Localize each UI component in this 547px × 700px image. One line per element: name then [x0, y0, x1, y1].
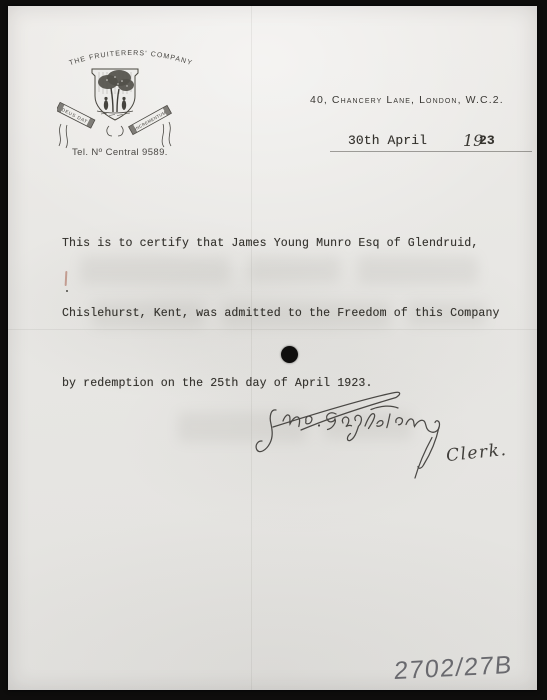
clerk-signature — [249, 389, 524, 484]
archive-reference: 2702/27B — [393, 651, 514, 686]
body-line-2: Chislehurst, Kent, was admitted to the F… — [62, 307, 500, 320]
letterhead-address: 40, Chancery Lane, London, W.C.2. — [310, 94, 504, 106]
date-underline — [330, 151, 532, 152]
punch-hole — [281, 346, 298, 363]
red-ink-speck — [65, 271, 68, 286]
letter-page: THE FRUITERERS' COMPANY — [8, 6, 537, 690]
telephone-number: Tel. Nº Central 9589. — [72, 147, 168, 158]
motto-right-text: INCREMENTUM — [134, 110, 167, 132]
stray-type-dot — [66, 290, 68, 292]
bleedthrough-smudge — [80, 256, 478, 284]
shield-icon — [92, 69, 138, 120]
body-line-1: This is to certify that James Young Munr… — [62, 237, 478, 250]
company-name-arc: THE FRUITERERS' COMPANY — [68, 50, 193, 67]
vertical-crease — [251, 6, 252, 690]
date-year-typed: 23 — [479, 133, 495, 148]
company-crest: THE FRUITERERS' COMPANY — [57, 44, 209, 162]
horizontal-crease — [8, 329, 537, 330]
date-day-month: 30th April — [348, 133, 427, 148]
